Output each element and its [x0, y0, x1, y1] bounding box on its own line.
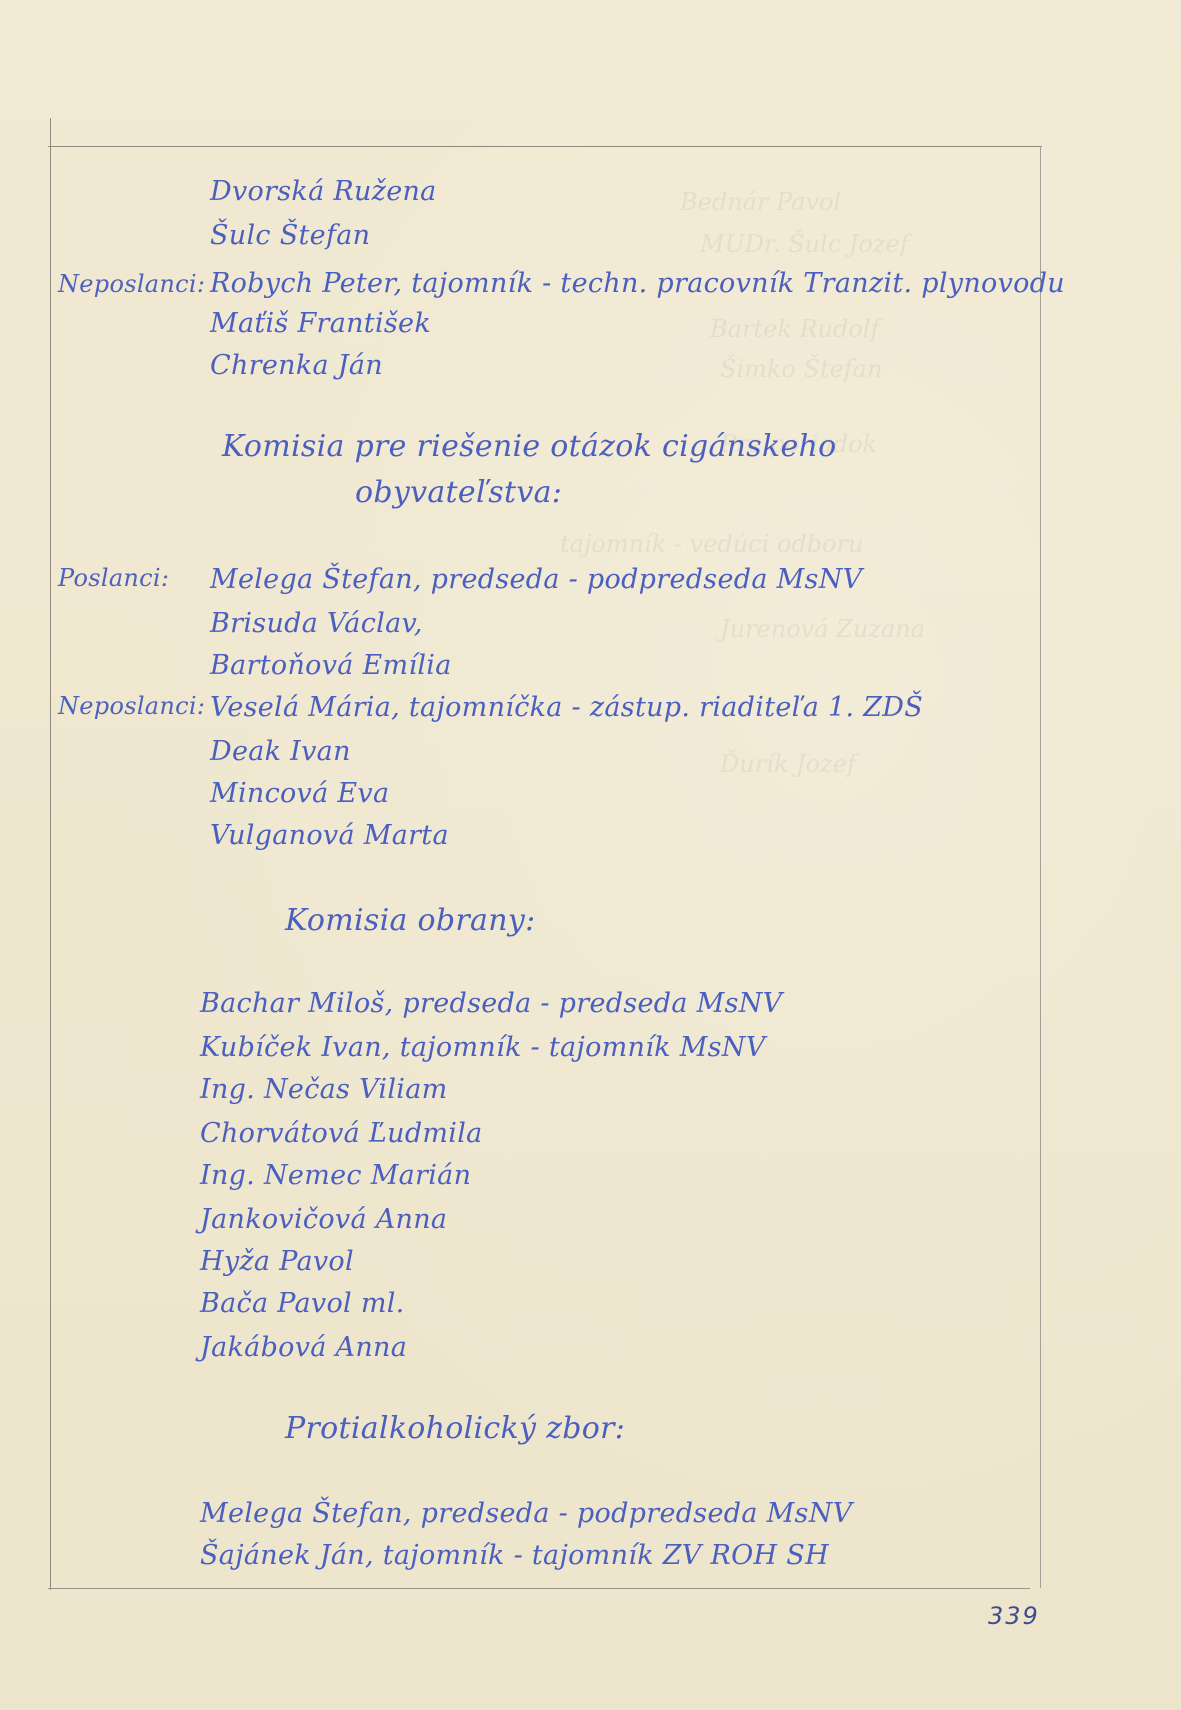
- member-name: Jankovičová Anna: [200, 1206, 447, 1233]
- neposlanci-label: Neposlanci:: [58, 694, 205, 718]
- member-name: Ing. Nemec Marián: [200, 1162, 471, 1189]
- show-through-text: Bartek Rudolf: [710, 315, 879, 343]
- section-title: Protialkoholický zbor:: [285, 1414, 625, 1444]
- member-name: Melega Štefan, predseda - podpredseda Ms…: [200, 1500, 852, 1527]
- member-name: Bartoňová Emília: [210, 652, 452, 679]
- section-title-continued: obyvateľstva:: [355, 478, 562, 508]
- section-title: Komisia obrany:: [285, 906, 536, 936]
- frame-line-bottom: [48, 1588, 1030, 1589]
- show-through-text: Šimko Štefan: [720, 355, 882, 383]
- neposlanci-label: Neposlanci:: [58, 272, 205, 296]
- show-through-text: Bednár Pavol: [680, 188, 841, 216]
- member-name: Vulganová Marta: [210, 822, 449, 849]
- show-through-text: MUDr. Šulc Jozef: [700, 230, 909, 258]
- member-name: Jakábová Anna: [200, 1334, 407, 1361]
- member-name: Brisuda Václav,: [210, 610, 423, 637]
- member-name: Robych Peter, tajomník - techn. pracovní…: [210, 270, 1065, 297]
- member-name: Veselá Mária, tajomníčka - zástup. riadi…: [210, 694, 923, 721]
- frame-line-top: [48, 146, 1042, 147]
- member-name: Šajánek Ján, tajomník - tajomník ZV ROH …: [200, 1542, 829, 1569]
- member-name: Melega Štefan, predseda - podpredseda Ms…: [210, 566, 862, 593]
- page-number: 339: [988, 1602, 1040, 1630]
- chronicle-page: Bednár Pavol MUDr. Šulc Jozef Bartek Rud…: [0, 0, 1181, 1710]
- show-through-text: Jurenová Zuzana: [720, 615, 925, 643]
- member-name: Maťiš František: [210, 310, 431, 337]
- member-name: Chrenka Ján: [210, 352, 383, 379]
- member-name: Bachar Miloš, predseda - predseda MsNV: [200, 990, 782, 1017]
- member-name: Bača Pavol ml.: [200, 1290, 405, 1317]
- member-name: Chorvátová Ľudmila: [200, 1120, 483, 1147]
- member-name: Kubíček Ivan, tajomník - tajomník MsNV: [200, 1034, 766, 1061]
- member-name: Ing. Nečas Viliam: [200, 1076, 448, 1103]
- show-through-text: tajomník - vedúci odboru: [560, 530, 864, 558]
- frame-line-left: [50, 118, 51, 1590]
- member-name: Mincová Eva: [210, 780, 389, 807]
- section-title: Komisia pre riešenie otázok cigánskeho: [222, 432, 837, 462]
- poslanci-label: Poslanci:: [58, 566, 169, 590]
- member-name: Hyža Pavol: [200, 1248, 354, 1275]
- frame-line-right: [1040, 146, 1041, 1588]
- member-name: Deak Ivan: [210, 738, 351, 765]
- show-through-text: Ďurík Jozef: [720, 750, 856, 778]
- member-name: Šulc Štefan: [210, 222, 370, 249]
- member-name: Dvorská Ružena: [210, 178, 437, 205]
